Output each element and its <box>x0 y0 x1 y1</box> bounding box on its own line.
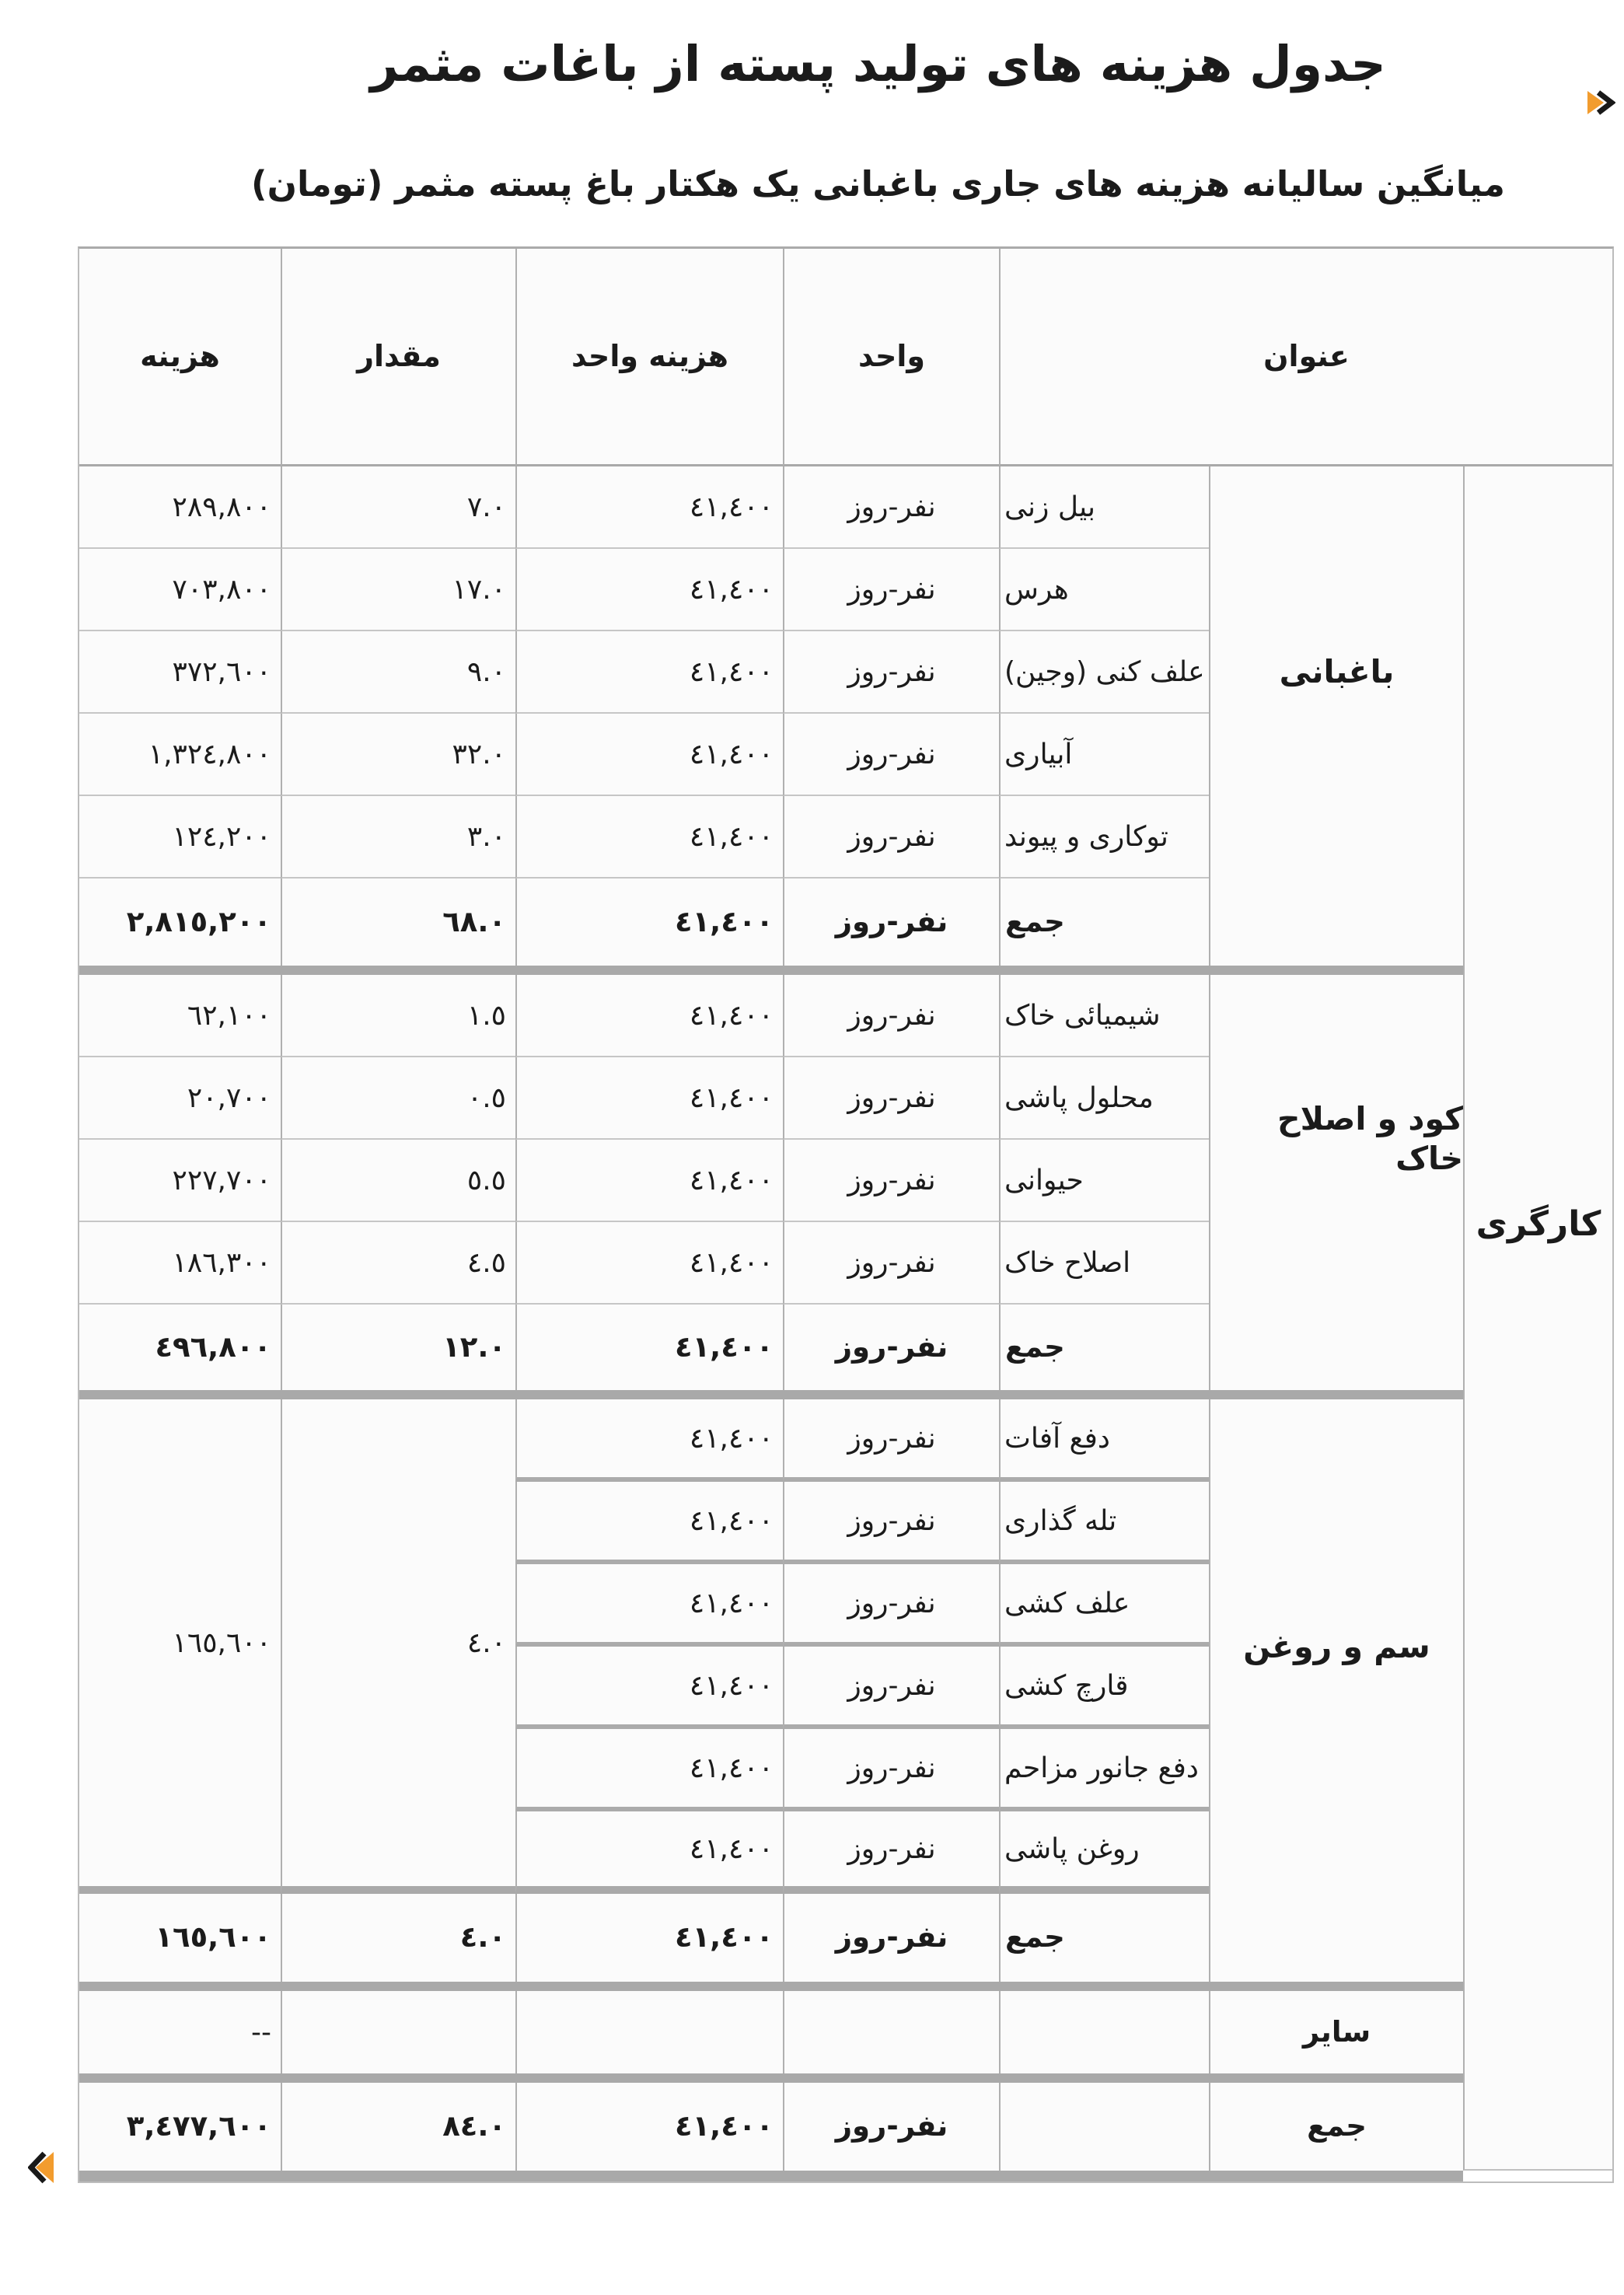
cost-cell: ٢٨٩,٨٠٠ <box>79 466 281 549</box>
group-label-text: کود و اصلاح خاک <box>1210 975 1463 1303</box>
unit-cell: نفر-روز <box>783 1399 999 1482</box>
group-label: باغبانی <box>1209 466 1463 966</box>
col-header-quantity: مقدار <box>281 249 515 466</box>
quantity-cell: ٠.٥ <box>281 1057 515 1140</box>
total-unit-cost-cell: ٤١,٤٠٠ <box>515 1894 783 1982</box>
unit-cost-cell: ٤١,٤٠٠ <box>515 1399 783 1482</box>
grand-total-cost-cell: ٣,٤٧٧,٦٠٠ <box>79 2083 281 2171</box>
col-header-cost: هزینه <box>79 249 281 466</box>
other-row-label: سایر <box>1209 1991 1463 2073</box>
group-label-text: باغبانی <box>1210 466 1463 879</box>
row-label: علف کنی (وجین) <box>999 631 1209 714</box>
empty-cell <box>999 2083 1209 2171</box>
unit-cost-cell: ٤١,٤٠٠ <box>515 1811 783 1894</box>
row-label: دفع آفات <box>999 1399 1209 1482</box>
unit-cell: نفر-روز <box>783 1729 999 1811</box>
unit-cell: نفر-روز <box>783 975 999 1057</box>
unit-cost-cell: ٤١,٤٠٠ <box>515 1729 783 1811</box>
merged-quantity-cell: ٤.٠ <box>281 1399 515 1894</box>
page-subtitle: میانگین سالیانه هزینه های جاری باغبانی ی… <box>132 163 1624 204</box>
unit-cell: نفر-روز <box>783 714 999 796</box>
unit-cell: نفر-روز <box>783 549 999 631</box>
group-label-text: سم و روغن <box>1210 1399 1463 1895</box>
grand-total-quantity-cell: ٨٤.٠ <box>281 2083 515 2171</box>
group-divider <box>79 2073 1463 2083</box>
total-cost-cell: ٤٩٦,٨٠٠ <box>79 1305 281 1390</box>
grand-total-unit-cell: نفر-روز <box>783 2083 999 2171</box>
row-label: شیمیائی خاک <box>999 975 1209 1057</box>
cost-cell: ٦٢,١٠٠ <box>79 975 281 1057</box>
row-label: تله گذاری <box>999 1482 1209 1564</box>
unit-cost-cell: ٤١,٤٠٠ <box>515 549 783 631</box>
unit-cell: نفر-روز <box>783 1564 999 1647</box>
row-label: بیل زنی <box>999 466 1209 549</box>
total-row-label: جمع <box>999 1894 1209 1982</box>
total-quantity-cell: ٤.٠ <box>281 1894 515 1982</box>
cost-cell: ١,٣٢٤,٨٠٠ <box>79 714 281 796</box>
other-cost-cell: -- <box>79 1991 281 2073</box>
unit-cost-cell: ٤١,٤٠٠ <box>515 796 783 879</box>
cost-cell: ٢٠,٧٠٠ <box>79 1057 281 1140</box>
row-label: هرس <box>999 549 1209 631</box>
page-title: جدول هزینه های تولید پسته از باغات مثمر <box>132 36 1624 93</box>
total-row-label: جمع <box>999 879 1209 966</box>
unit-cost-cell: ٤١,٤٠٠ <box>515 1140 783 1222</box>
unit-cost-cell: ٤١,٤٠٠ <box>515 631 783 714</box>
quantity-cell: ١٧.٠ <box>281 549 515 631</box>
total-quantity-cell: ١٢.٠ <box>281 1305 515 1390</box>
group-label: سم و روغن <box>1209 1399 1463 1982</box>
cost-cell: ١٢٤,٢٠٠ <box>79 796 281 879</box>
unit-cell: نفر-روز <box>783 1057 999 1140</box>
quantity-cell: ٤.٥ <box>281 1222 515 1305</box>
unit-cell: نفر-روز <box>783 796 999 879</box>
unit-cell: نفر-روز <box>783 1222 999 1305</box>
back-arrow-icon[interactable] <box>28 2150 54 2188</box>
row-label: آبیاری <box>999 714 1209 796</box>
unit-cell: نفر-روز <box>783 1482 999 1564</box>
next-arrow-icon[interactable] <box>1587 90 1615 118</box>
total-unit-cost-cell: ٤١,٤٠٠ <box>515 879 783 966</box>
row-label: قارچ کشی <box>999 1647 1209 1729</box>
cost-cell: ٣٧٢,٦٠٠ <box>79 631 281 714</box>
row-label: محلول پاشی <box>999 1057 1209 1140</box>
group-divider <box>79 1390 1463 1399</box>
total-row-label: جمع <box>999 1305 1209 1390</box>
total-unit-cell: نفر-روز <box>783 879 999 966</box>
total-quantity-cell: ٦٨.٠ <box>281 879 515 966</box>
col-header-title: عنوان <box>999 249 1612 466</box>
unit-cost-cell: ٤١,٤٠٠ <box>515 714 783 796</box>
group-divider <box>79 1982 1463 1991</box>
row-label: دفع جانور مزاحم <box>999 1729 1209 1811</box>
unit-cell: نفر-روز <box>783 466 999 549</box>
cost-cell: ٢٢٧,٧٠٠ <box>79 1140 281 1222</box>
cost-table: هزینه مقدار هزینه واحد واحد عنوان کارگری… <box>78 246 1614 2183</box>
total-unit-cell: نفر-روز <box>783 1894 999 1982</box>
group-divider <box>79 966 1463 975</box>
unit-cost-cell: ٤١,٤٠٠ <box>515 466 783 549</box>
quantity-cell: ٣٢.٠ <box>281 714 515 796</box>
quantity-cell: ٣.٠ <box>281 796 515 879</box>
unit-cost-cell: ٤١,٤٠٠ <box>515 1482 783 1564</box>
quantity-cell: ٧.٠ <box>281 466 515 549</box>
empty-cell <box>515 1991 783 2073</box>
unit-cost-cell: ٤١,٤٠٠ <box>515 975 783 1057</box>
cost-cell: ١٨٦,٣٠٠ <box>79 1222 281 1305</box>
row-label: علف کشی <box>999 1564 1209 1647</box>
quantity-cell: ١.٥ <box>281 975 515 1057</box>
unit-cell: نفر-روز <box>783 1140 999 1222</box>
row-label: اصلاح خاک <box>999 1222 1209 1305</box>
col-header-unit-cost: هزینه واحد <box>515 249 783 466</box>
unit-cell: نفر-روز <box>783 631 999 714</box>
empty-cell <box>999 1991 1209 2073</box>
row-label: حیوانی <box>999 1140 1209 1222</box>
total-cost-cell: ١٦٥,٦٠٠ <box>79 1894 281 1982</box>
merged-cost-cell: ١٦٥,٦٠٠ <box>79 1399 281 1894</box>
empty-cell <box>281 1991 515 2073</box>
labor-column-bottom-cell <box>1463 1982 1612 2171</box>
grand-total-unit-cost-cell: ٤١,٤٠٠ <box>515 2083 783 2171</box>
group-label: کود و اصلاح خاک <box>1209 975 1463 1390</box>
total-unit-cost-cell: ٤١,٤٠٠ <box>515 1305 783 1390</box>
table-bottom-border <box>79 2171 1463 2181</box>
row-label: روغن پاشی <box>999 1811 1209 1894</box>
unit-cost-cell: ٤١,٤٠٠ <box>515 1647 783 1729</box>
unit-cell: نفر-روز <box>783 1647 999 1729</box>
cost-cell: ٧٠٣,٨٠٠ <box>79 549 281 631</box>
quantity-cell: ٩.٠ <box>281 631 515 714</box>
unit-cost-cell: ٤١,٤٠٠ <box>515 1222 783 1305</box>
row-label: توکاری و پیوند <box>999 796 1209 879</box>
unit-cost-cell: ٤١,٤٠٠ <box>515 1057 783 1140</box>
empty-cell <box>783 1991 999 2073</box>
unit-cost-cell: ٤١,٤٠٠ <box>515 1564 783 1647</box>
unit-cell: نفر-روز <box>783 1811 999 1894</box>
labor-column-label: کارگری <box>1463 466 1612 1982</box>
total-unit-cell: نفر-روز <box>783 1305 999 1390</box>
quantity-cell: ٥.٥ <box>281 1140 515 1222</box>
total-cost-cell: ٢,٨١٥,٢٠٠ <box>79 879 281 966</box>
grand-total-label: جمع <box>1209 2083 1463 2171</box>
col-header-unit: واحد <box>783 249 999 466</box>
